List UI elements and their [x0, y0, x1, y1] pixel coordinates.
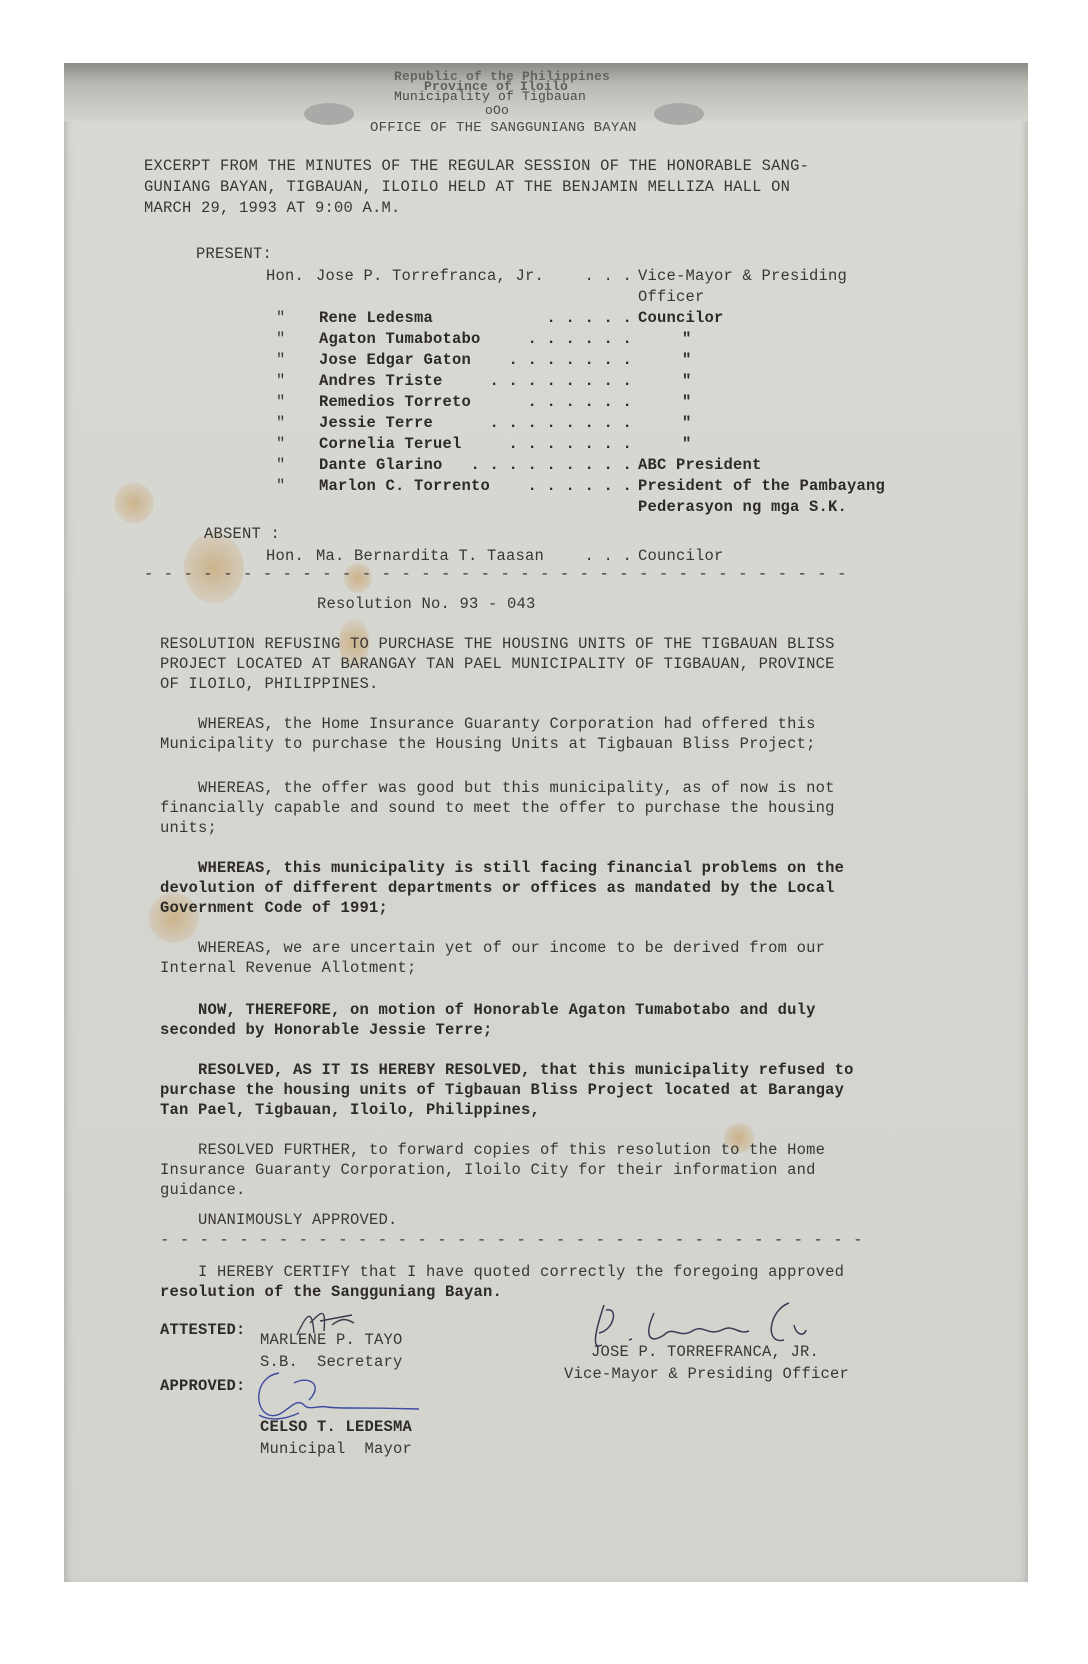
attendee-leader-dots: . . . . . .	[527, 330, 632, 348]
attendee-role-continued: Officer	[638, 288, 705, 306]
attendee-leader-dots: . . . . . . . . .	[470, 456, 632, 474]
paragraph-line: Tan Pael, Tigbauan, Iloilo, Philippines,	[160, 1101, 540, 1119]
attendee-role: "	[682, 414, 692, 432]
attendee-name: Dante Glarino	[319, 456, 443, 474]
separator: - - - - - - - - - - - - - - - - - - - - …	[144, 565, 847, 583]
mayor-name: CELSO T. LEDESMA	[260, 1418, 412, 1436]
separator: - - - - - - - - - - - - - - - - - - - - …	[160, 1231, 863, 1249]
paragraph-line: WHEREAS, this municipality is still faci…	[160, 859, 844, 877]
ditto-mark: "	[276, 330, 286, 348]
approved-label: APPROVED:	[160, 1377, 246, 1395]
ditto-mark: "	[276, 435, 286, 453]
paragraph-line: seconded by Honorable Jessie Terre;	[160, 1021, 493, 1039]
attendee-name: Ma. Bernardita T. Taasan	[316, 547, 544, 565]
attendee-name: Jessie Terre	[319, 414, 433, 432]
attendee-role: ABC President	[638, 456, 762, 474]
ditto-mark: "	[276, 309, 286, 327]
attendee-role: President of the Pambayang	[638, 477, 885, 495]
attendee-role: "	[682, 372, 692, 390]
title-line: RESOLUTION REFUSING TO PURCHASE THE HOUS…	[160, 635, 835, 653]
attendee-leader-dots: . . . . . . . .	[489, 372, 632, 390]
paragraph-line: Internal Revenue Allotment;	[160, 959, 417, 977]
ditto-mark: "	[276, 351, 286, 369]
title-line: OF ILOILO, PHILIPPINES.	[160, 675, 379, 693]
presiding-title: Vice-Mayor & Presiding Officer	[564, 1365, 849, 1383]
paragraph-line: financially capable and sound to meet th…	[160, 799, 835, 817]
punch-hole	[654, 103, 704, 125]
attendee-role: "	[682, 393, 692, 411]
attendee-name: Andres Triste	[319, 372, 443, 390]
attendee-leader-dots: . . . . . .	[527, 393, 632, 411]
attendee-role: Councilor	[638, 547, 724, 565]
attendee-role: "	[682, 330, 692, 348]
paragraph-line: devolution of different departments or o…	[160, 879, 835, 897]
intro-line: EXCERPT FROM THE MINUTES OF THE REGULAR …	[144, 157, 809, 175]
attendee-role: Councilor	[638, 309, 724, 327]
attendee-name: Agaton Tumabotabo	[319, 330, 481, 348]
ditto-mark: "	[276, 414, 286, 432]
paragraph-line: Government Code of 1991;	[160, 899, 388, 917]
paragraph-line: guidance.	[160, 1181, 246, 1199]
attendee-prefix: Hon.	[266, 267, 304, 285]
paragraph-line: NOW, THEREFORE, on motion of Honorable A…	[160, 1001, 816, 1019]
attendee-leader-dots: . . .	[584, 267, 632, 285]
resolution-number: Resolution No. 93 - 043	[317, 595, 536, 613]
attendee-leader-dots: . . . . . . . .	[489, 414, 632, 432]
attendee-name: Cornelia Teruel	[319, 435, 462, 453]
paragraph-line: WHEREAS, the Home Insurance Guaranty Cor…	[160, 715, 816, 733]
ditto-mark: "	[276, 456, 286, 474]
document-page: Republic of the Philippines Province of …	[64, 63, 1028, 1582]
mayor-title: Municipal Mayor	[260, 1440, 412, 1458]
office-title: OFFICE OF THE SANGGUNIANG BAYAN	[370, 120, 637, 136]
attendee-leader-dots: . . .	[584, 547, 632, 565]
attendee-role: Vice-Mayor & Presiding	[638, 267, 847, 285]
paragraph-line: units;	[160, 819, 217, 837]
paragraph-line: WHEREAS, the offer was good but this mun…	[160, 779, 835, 797]
attendee-name: Jose Edgar Gaton	[319, 351, 471, 369]
attendee-name: Jose P. Torrefranca, Jr.	[316, 267, 544, 285]
title-line: PROJECT LOCATED AT BARANGAY TAN PAEL MUN…	[160, 655, 835, 673]
punch-hole	[304, 103, 354, 125]
paragraph-line: RESOLVED, AS IT IS HEREBY RESOLVED, that…	[160, 1061, 854, 1079]
attendee-leader-dots: . . . . .	[546, 309, 632, 327]
ditto-mark: "	[276, 393, 286, 411]
paragraph-line: purchase the housing units of Tigbauan B…	[160, 1081, 844, 1099]
paragraph-line: RESOLVED FURTHER, to forward copies of t…	[160, 1141, 825, 1159]
attendee-leader-dots: . . . . . . .	[508, 351, 632, 369]
absent-label: ABSENT :	[204, 525, 280, 543]
ditto-mark: "	[276, 372, 286, 390]
presiding-signature	[584, 1295, 844, 1355]
intro-line: GUNIANG BAYAN, TIGBAUAN, ILOILO HELD AT …	[144, 178, 790, 196]
present-label: PRESENT:	[196, 245, 272, 263]
stain	[114, 483, 154, 523]
attendee-name: Rene Ledesma	[319, 309, 433, 327]
ditto-mark: "	[276, 477, 286, 495]
secretary-signature	[292, 1303, 362, 1343]
intro-line: MARCH 29, 1993 AT 9:00 A.M.	[144, 199, 401, 217]
attendee-role: "	[682, 351, 692, 369]
attendee-leader-dots: . . . . . . .	[508, 435, 632, 453]
attendee-name: Marlon C. Torrento	[319, 477, 490, 495]
paragraph-line: Insurance Guaranty Corporation, Iloilo C…	[160, 1161, 816, 1179]
attendee-name: Remedios Torreto	[319, 393, 471, 411]
attendee-role-continued: Pederasyon ng mga S.K.	[638, 498, 847, 516]
certify-line: resolution of the Sangguniang Bayan.	[160, 1283, 502, 1301]
letterhead-municipality: Municipality of Tigbauan	[394, 89, 586, 104]
letterhead-ornament: oOo	[485, 103, 509, 118]
attendee-leader-dots: . . . . . .	[527, 477, 632, 495]
paragraph-line: Municipality to purchase the Housing Uni…	[160, 735, 816, 753]
certify-line: I HEREBY CERTIFY that I have quoted corr…	[160, 1263, 844, 1281]
attested-label: ATTESTED:	[160, 1321, 246, 1339]
attendee-prefix: Hon.	[266, 547, 304, 565]
paragraph-line: WHEREAS, we are uncertain yet of our inc…	[160, 939, 825, 957]
approval-line: UNANIMOUSLY APPROVED.	[160, 1211, 398, 1229]
mayor-signature	[249, 1365, 429, 1425]
attendee-role: "	[682, 435, 692, 453]
